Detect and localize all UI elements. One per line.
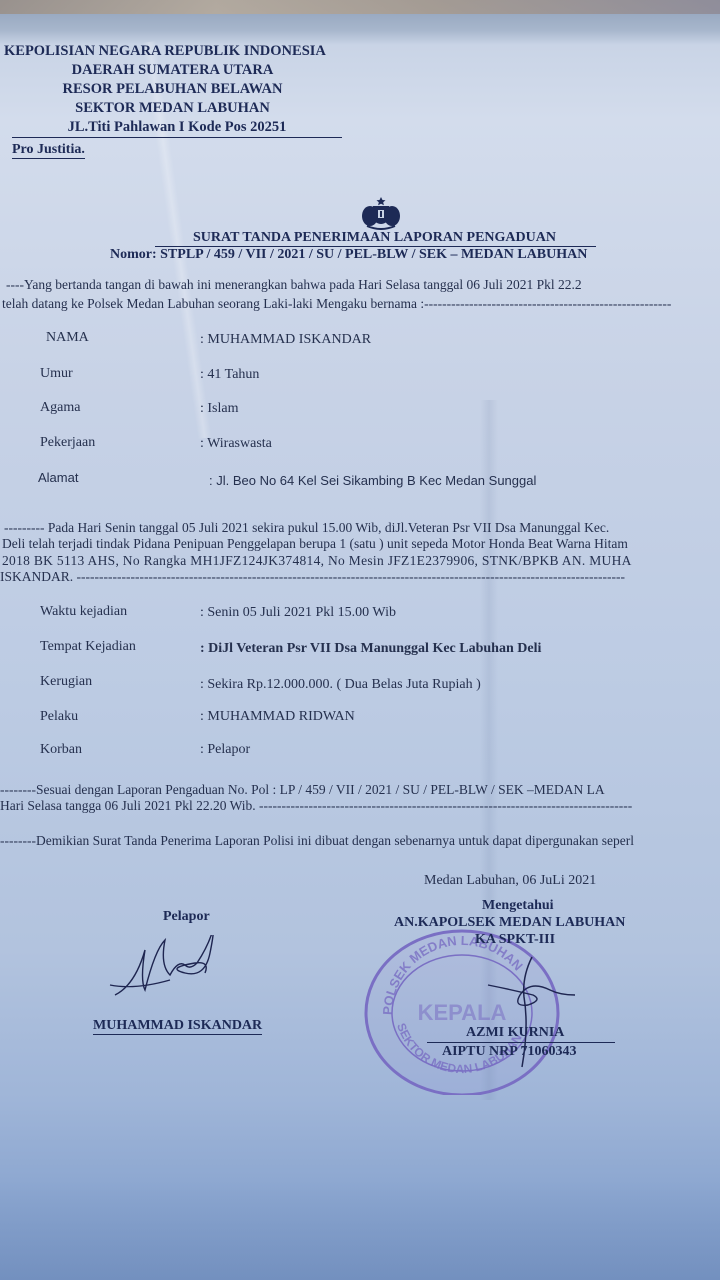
- field-label-waktu: Waktu kejadian: [40, 604, 127, 620]
- field-value-nama: : MUHAMMAD ISKANDAR: [200, 332, 371, 348]
- field-value-alamat: : Jl. Beo No 64 Kel Sei Sikambing B Kec …: [209, 473, 536, 488]
- official-name: AZMI KURNIA: [466, 1025, 564, 1041]
- field-label-korban: Korban: [40, 742, 82, 758]
- letterhead-line: KEPOLISIAN NEGARA REPUBLIK INDONESIA: [0, 42, 345, 61]
- field-label-nama: NAMA: [46, 330, 89, 346]
- incident-line: 2018 BK 5113 AHS, No Rangka MH1JFZ124JK3…: [2, 553, 632, 569]
- field-label-umur: Umur: [40, 366, 73, 382]
- official-unit: KA SPKT-III: [475, 932, 555, 948]
- incident-line: --------- Pada Hari Senin tanggal 05 Jul…: [4, 520, 609, 536]
- field-value-korban: : Pelapor: [200, 742, 250, 758]
- letterhead: KEPOLISIAN NEGARA REPUBLIK INDONESIA DAE…: [0, 42, 345, 138]
- field-label-agama: Agama: [40, 400, 80, 416]
- field-value-kerugian: : Sekira Rp.12.000.000. ( Dua Belas Juta…: [200, 677, 481, 693]
- document-number: Nomor: STPLP / 459 / VII / 2021 / SU / P…: [110, 247, 587, 263]
- field-label-tempat: Tempat Kejadian: [40, 639, 136, 655]
- incident-line: ISKANDAR. ------------------------------…: [0, 569, 625, 585]
- field-label-pelaku: Pelaku: [40, 709, 78, 725]
- pro-justitia: Pro Justitia.: [12, 142, 85, 159]
- field-value-pelaku: : MUHAMMAD RIDWAN: [200, 709, 355, 725]
- field-value-tempat: : DiJl Veteran Psr VII Dsa Manunggal Kec…: [200, 641, 541, 657]
- place-date: Medan Labuhan, 06 JuLi 2021: [424, 873, 596, 889]
- letterhead-line: RESOR PELABUHAN BELAWAN: [0, 80, 345, 99]
- document-title: SURAT TANDA PENERIMAAN LAPORAN PENGADUAN: [155, 230, 596, 247]
- signer-role-reporter: Pelapor: [163, 909, 210, 925]
- letterhead-address: JL.Titi Pahlawan I Kode Pos 20251: [12, 118, 342, 138]
- police-emblem-icon: [361, 196, 401, 230]
- letterhead-line: DAERAH SUMATERA UTARA: [0, 61, 345, 80]
- signature-line: [427, 1042, 615, 1043]
- intro-line-1: ----Yang bertanda tangan di bawah ini me…: [6, 277, 582, 293]
- official-rank-nrp: AIPTU NRP 71060343: [442, 1044, 577, 1060]
- background-strip: [0, 0, 720, 14]
- reference-line-1: --------Sesuai dengan Laporan Pengaduan …: [0, 782, 605, 798]
- field-label-pekerjaan: Pekerjaan: [40, 435, 95, 451]
- acknowledged-label: Mengetahui: [482, 898, 554, 914]
- official-title: AN.KAPOLSEK MEDAN LABUHAN: [394, 915, 625, 931]
- field-value-umur: : 41 Tahun: [200, 367, 259, 383]
- field-value-agama: : Islam: [200, 401, 239, 417]
- reporter-name: MUHAMMAD ISKANDAR: [93, 1018, 262, 1035]
- incident-line: Deli telah terjadi tindak Pidana Penipua…: [2, 536, 628, 552]
- reference-line-2: Hari Selasa tangga 06 Juli 2021 Pkl 22.2…: [0, 798, 632, 814]
- field-label-alamat: Alamat: [38, 470, 78, 485]
- paper-shadow: [0, 1180, 720, 1280]
- field-value-pekerjaan: : Wiraswasta: [200, 436, 272, 452]
- reporter-signature: [105, 935, 230, 1005]
- field-label-kerugian: Kerugian: [40, 674, 92, 690]
- closing-statement: --------Demikian Surat Tanda Penerima La…: [0, 833, 634, 849]
- intro-line-2: telah datang ke Polsek Medan Labuhan seo…: [2, 296, 671, 312]
- field-value-waktu: : Senin 05 Juli 2021 Pkl 15.00 Wib: [200, 605, 396, 621]
- letterhead-line: SEKTOR MEDAN LABUHAN: [0, 99, 345, 118]
